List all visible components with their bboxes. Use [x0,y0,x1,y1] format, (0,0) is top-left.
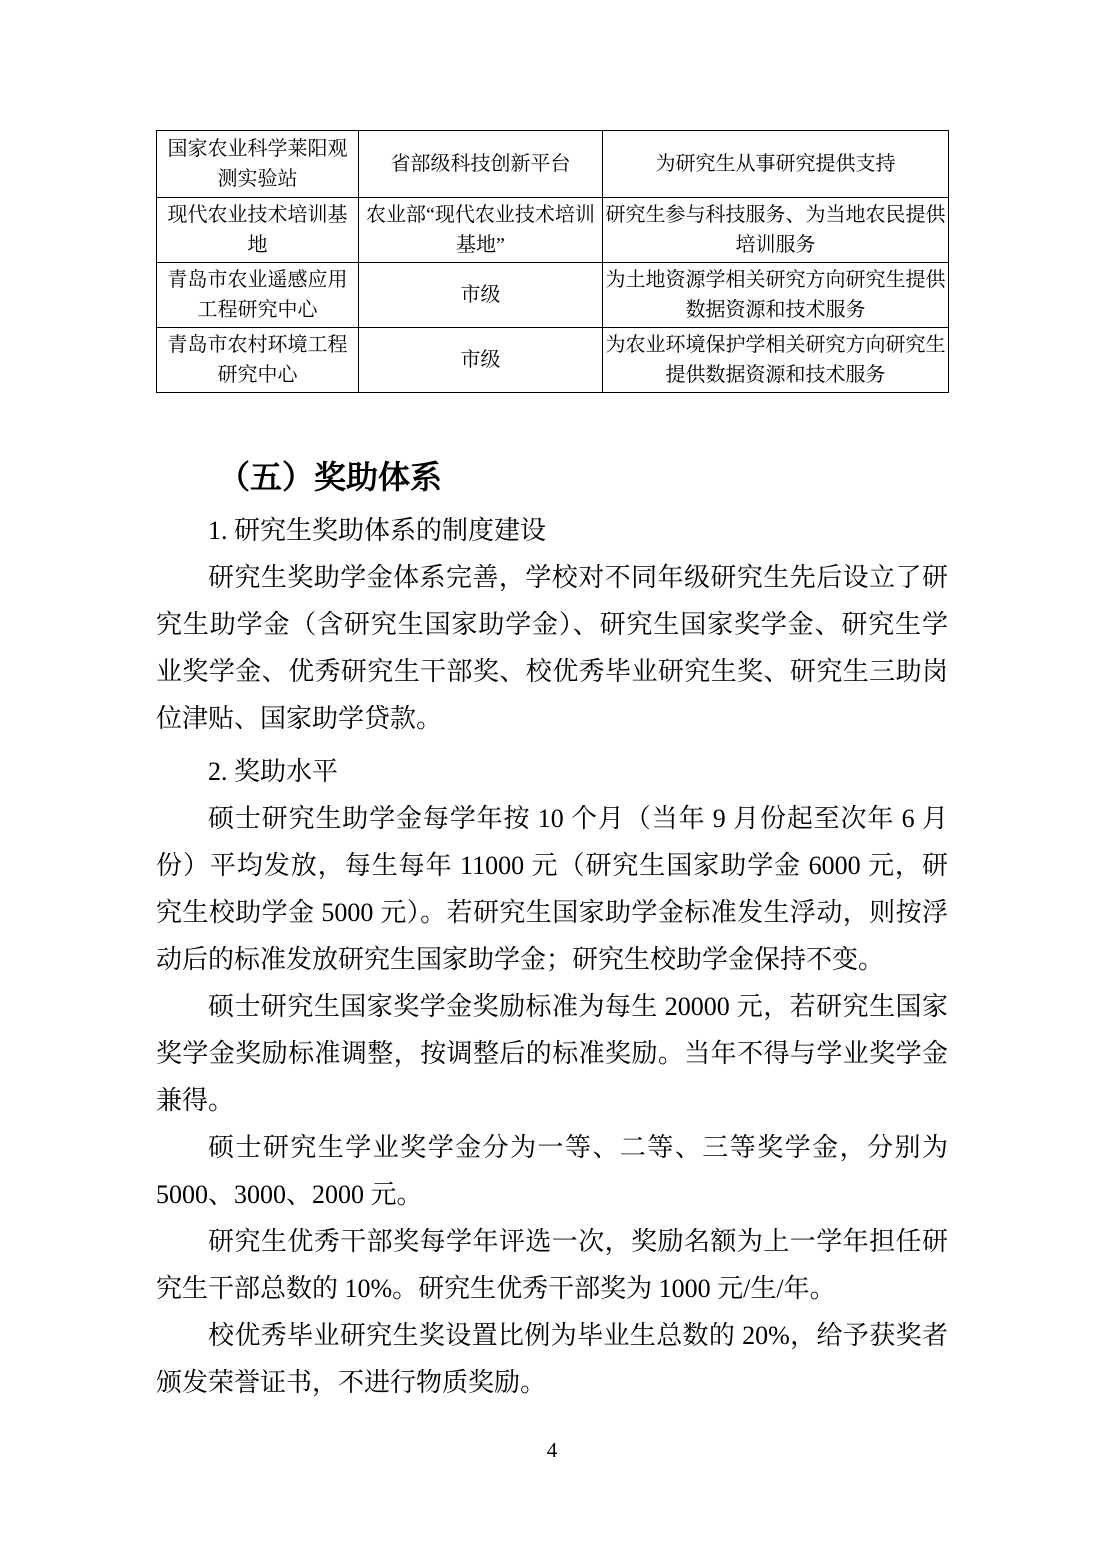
platform-level-cell: 市级 [359,328,603,393]
section-heading: （五）奖助体系 [156,453,948,501]
paragraph-national-scholarship: 硕士研究生国家奖学金奖励标准为每生 20000 元，若研究生国家奖学金奖励标准调… [156,983,948,1124]
paragraph-scholarship-system: 研究生奖助学金体系完善，学校对不同年级研究生先后设立了研究生助学金（含研究生国家… [156,554,948,742]
platform-role-cell: 为研究生从事研究提供支持 [603,131,949,198]
platform-name-cell: 青岛市农业遥感应用工程研究中心 [157,263,359,328]
table-row: 国家农业科学莱阳观测实验站 省部级科技创新平台 为研究生从事研究提供支持 [157,131,949,198]
paragraph-cadre-award: 研究生优秀干部奖每学年评选一次，奖励名额为上一学年担任研究生干部总数的 10%。… [156,1218,948,1312]
item-2-title: 2. 奖助水平 [156,748,948,795]
paragraph-stipend-level: 硕士研究生助学金每学年按 10 个月（当年 9 月份起至次年 6 月份）平均发放… [156,795,948,983]
item-1-title: 1. 研究生奖助体系的制度建设 [156,507,948,554]
platform-role-cell: 研究生参与科技服务、为当地农民提供培训服务 [603,198,949,263]
page-number: 4 [156,1436,948,1464]
platform-name-cell: 国家农业科学莱阳观测实验站 [157,131,359,198]
platform-role-cell: 为土地资源学相关研究方向研究生提供数据资源和技术服务 [603,263,949,328]
table-row: 现代农业技术培训基地 农业部“现代农业技术培训基地” 研究生参与科技服务、为当地… [157,198,949,263]
platform-role-cell: 为农业环境保护学相关研究方向研究生提供数据资源和技术服务 [603,328,949,393]
platform-name-cell: 现代农业技术培训基地 [157,198,359,263]
paragraph-graduate-award: 校优秀毕业研究生奖设置比例为毕业生总数的 20%，给予获奖者颁发荣誉证书，不进行… [156,1312,948,1406]
platform-name-cell: 青岛市农村环境工程研究中心 [157,328,359,393]
platform-level-cell: 市级 [359,263,603,328]
platform-level-cell: 省部级科技创新平台 [359,131,603,198]
paragraph-academic-scholarship: 硕士研究生学业奖学金分为一等、二等、三等奖学金，分别为 5000、3000、20… [156,1124,948,1218]
platforms-table: 国家农业科学莱阳观测实验站 省部级科技创新平台 为研究生从事研究提供支持 现代农… [156,130,949,393]
table-row: 青岛市农业遥感应用工程研究中心 市级 为土地资源学相关研究方向研究生提供数据资源… [157,263,949,328]
document-content: 国家农业科学莱阳观测实验站 省部级科技创新平台 为研究生从事研究提供支持 现代农… [156,130,948,1464]
platform-level-cell: 农业部“现代农业技术培训基地” [359,198,603,263]
table-row: 青岛市农村环境工程研究中心 市级 为农业环境保护学相关研究方向研究生提供数据资源… [157,328,949,393]
document-page: 国家农业科学莱阳观测实验站 省部级科技创新平台 为研究生从事研究提供支持 现代农… [0,0,1102,1559]
